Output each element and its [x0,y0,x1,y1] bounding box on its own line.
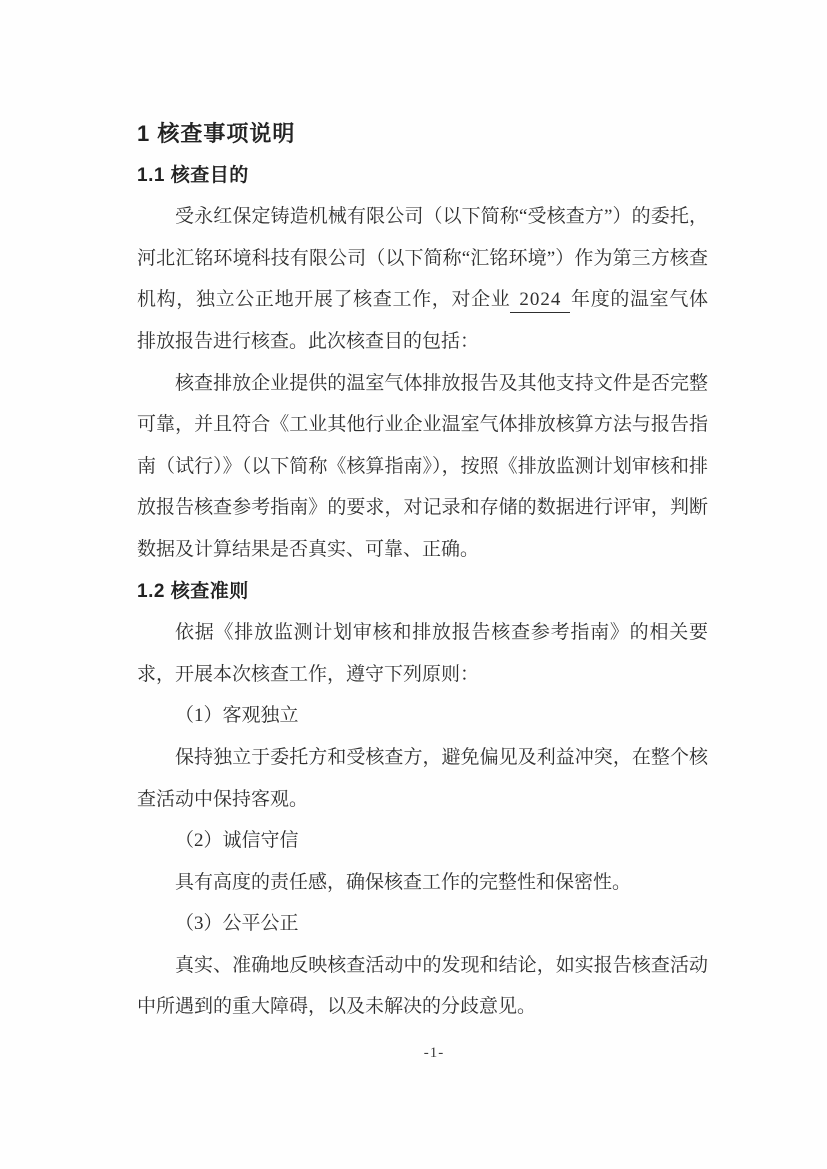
reporting-year-underlined: 2024 [510,288,570,313]
principle-3-body: 真实、准确地反映核查活动中的发现和结论，如实报告核查活动中所遇到的重大障碍，以及… [137,945,708,1028]
document-content: 1 核查事项说明 1.1 核查目的 受永红保定铸造机械有限公司（以下简称“受核查… [137,113,708,1028]
principle-2-body: 具有高度的责任感，确保核查工作的完整性和保密性。 [137,862,708,904]
principle-2-title: （2）诚信守信 [137,820,708,862]
section-1-1-paragraph-2: 核查排放企业提供的温室气体排放报告及其他支持文件是否完整可靠，并且符合《工业其他… [137,363,708,571]
principle-3-title: （3）公平公正 [137,903,708,945]
section-1-2-paragraph-1: 依据《排放监测计划审核和排放报告核查参考指南》的相关要求，开展本次核查工作，遵守… [137,612,708,695]
principle-1-title: （1）客观独立 [137,695,708,737]
section-1-1-paragraph-1: 受永红保定铸造机械有限公司（以下简称“受核查方”）的委托，河北汇铭环境科技有限公… [137,196,708,362]
section-1-2-heading: 1.2 核查准则 [137,571,708,613]
chapter-heading: 1 核查事项说明 [137,113,708,155]
document-page: 1 核查事项说明 1.1 核查目的 受永红保定铸造机械有限公司（以下简称“受核查… [0,0,827,1169]
page-number: -1- [424,1045,445,1061]
principle-1-body: 保持独立于委托方和受核查方，避免偏见及利益冲突，在整个核查活动中保持客观。 [137,737,708,820]
section-1-1-heading: 1.1 核查目的 [137,155,708,197]
page-footer: -1- [0,1045,827,1062]
